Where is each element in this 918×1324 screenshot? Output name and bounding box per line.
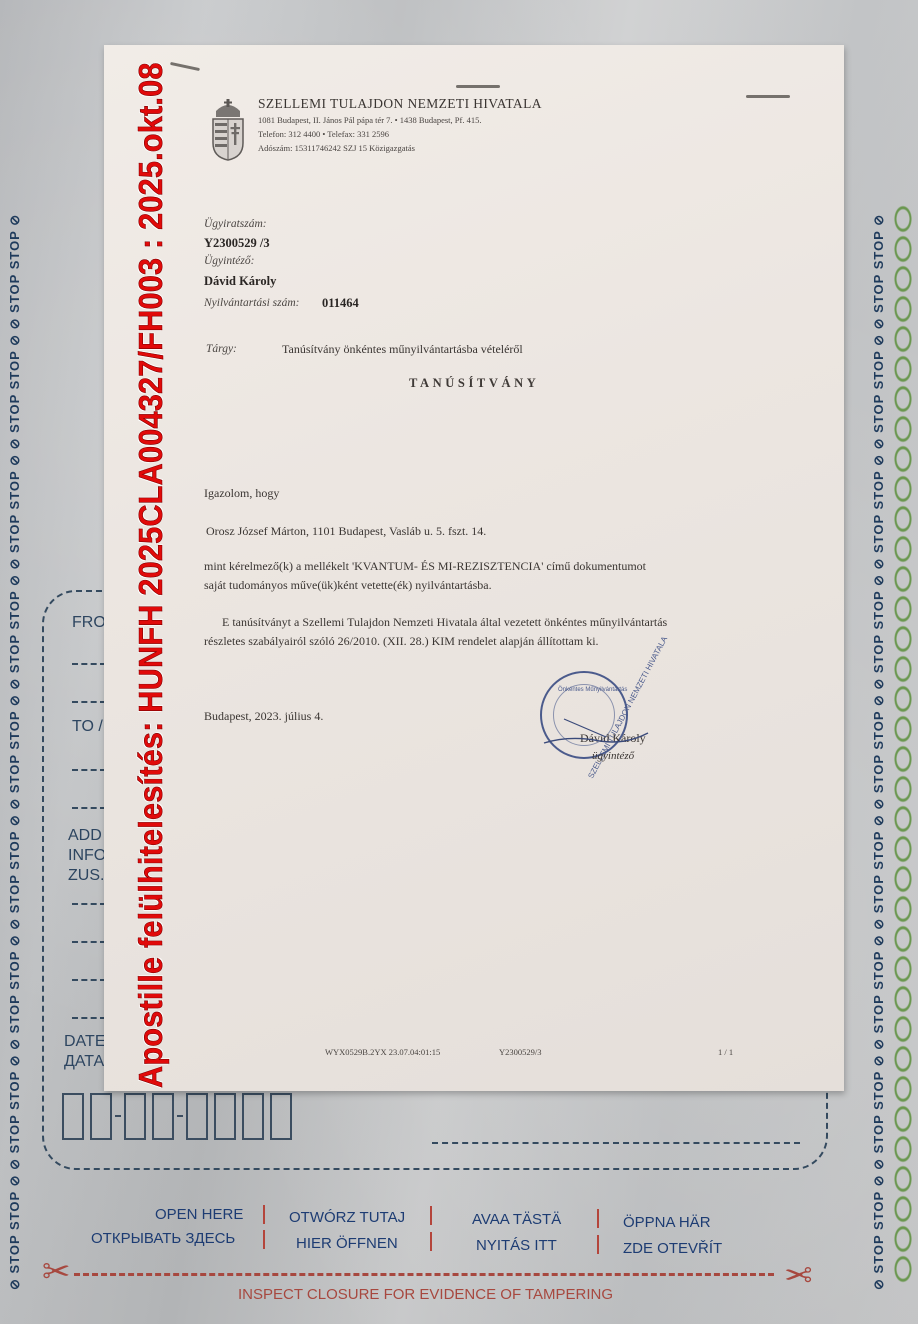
address-line: [72, 663, 106, 665]
applicant-line: Orosz József Márton, 1101 Budapest, Vasl…: [206, 524, 486, 539]
open-here-de: HIER ÖFFNEN: [296, 1235, 398, 1252]
document-title: TANÚSÍTVÁNY: [409, 376, 539, 391]
footer-reference: Y2300529/3: [499, 1047, 542, 1057]
address-line: [72, 807, 106, 809]
open-here-hu: NYITÁS ITT: [476, 1237, 557, 1254]
staple-mark: [746, 95, 790, 98]
place-date: Budapest, 2023. július 4.: [204, 709, 323, 724]
from-label: FRO: [72, 613, 106, 632]
certificate-document: SZELLEMI TULAJDON NEMZETI HIVATALA 1081 …: [104, 45, 844, 1091]
divider: [597, 1209, 599, 1228]
date-digit-box: [90, 1093, 112, 1140]
open-here-ru: ОТКРЫВАТЬ ЗДЕСЬ: [91, 1230, 235, 1247]
registry-number-label: Nyilvántartási szám:: [204, 297, 300, 309]
address-line: [72, 769, 106, 771]
date-label-2: ДАТА: [64, 1052, 104, 1071]
divider: [263, 1230, 265, 1249]
tamper-notice: INSPECT CLOSURE FOR EVIDENCE OF TAMPERIN…: [238, 1286, 613, 1303]
date-digit-box: [124, 1093, 146, 1140]
date-digit-box: [242, 1093, 264, 1140]
footer-code: WYX0529B.2YX 23.07.04:01:15: [325, 1047, 440, 1057]
divider: [597, 1235, 599, 1254]
open-here-fi: AVAA TÄSTÄ: [472, 1211, 561, 1228]
tear-strip-line[interactable]: [74, 1273, 774, 1276]
date-digit-box: [214, 1093, 236, 1140]
open-here-sv: ÖPPNA HÄR: [623, 1214, 711, 1231]
address-line: [72, 941, 106, 943]
open-here-en: OPEN HERE: [155, 1206, 243, 1223]
divider: [263, 1205, 265, 1224]
address-line: [72, 903, 106, 905]
officer-name: Dávid Károly: [204, 274, 276, 289]
date-separator: [115, 1115, 121, 1117]
leaf-pattern-icon: [892, 205, 914, 1285]
officer-label: Ügyintéző:: [204, 255, 254, 267]
subject-label: Tárgy:: [206, 343, 237, 355]
subject-text: Tanúsítvány önkéntes műnyilvántartásba v…: [282, 342, 523, 357]
legal-para-line-1: E tanúsítványt a Szellemi Tulajdon Nemze…: [222, 615, 667, 630]
coat-of-arms-icon: [210, 97, 246, 161]
date-digit-box: [270, 1093, 292, 1140]
case-number-label: Ügyiratszám:: [204, 218, 267, 230]
address-line: [72, 979, 106, 981]
add-info-label-1: ADD: [68, 826, 102, 845]
office-tax-id: Adószám: 15311746242 SZJ 15 Közigazgatás: [258, 143, 415, 153]
date-digit-box: [152, 1093, 174, 1140]
address-line: [72, 1017, 106, 1019]
seal-inner-text: Önkéntes Műnyilvántartás: [558, 687, 627, 693]
stop-strip-right: ⊘ STOP STOP ⊘ ⊘ STOP STOP ⊘ ⊘ STOP STOP …: [866, 190, 892, 1290]
staple-mark: [456, 85, 500, 88]
open-here-cs: ZDE OTEVŘÍT: [623, 1240, 722, 1257]
certify-intro: Igazolom, hogy: [204, 486, 279, 501]
add-info-label-2: INFO: [68, 846, 106, 865]
office-name: SZELLEMI TULAJDON NEMZETI HIVATALA: [258, 96, 542, 112]
address-line: [72, 701, 106, 703]
office-address: 1081 Budapest, II. János Pál pápa tér 7.…: [258, 115, 481, 125]
body-line-1: mint kérelmező(k) a mellékelt 'KVANTUM- …: [204, 559, 646, 574]
date-digit-box: [186, 1093, 208, 1140]
scissors-icon: ✂: [42, 1256, 71, 1290]
apostille-overlay: Apostille felülhitelesítés: HUNFH 2025CL…: [128, 121, 174, 1088]
page-number: 1 / 1: [718, 1047, 733, 1057]
divider: [430, 1232, 432, 1251]
legal-para-line-2: részletes szabályairól szóló 26/2010. (X…: [204, 634, 599, 649]
date-digit-box: [62, 1093, 84, 1140]
staple-mark: [170, 62, 200, 71]
signature-icon: [540, 705, 650, 755]
body-line-2: saját tudományos műve(ük)ként vetette(ék…: [204, 578, 492, 593]
stop-strip-text: ⊘ STOP STOP ⊘ ⊘ STOP STOP ⊘ ⊘ STOP STOP …: [2, 190, 28, 1290]
stop-strip-left: ⊘ STOP STOP ⊘ ⊘ STOP STOP ⊘ ⊘ STOP STOP …: [2, 190, 28, 1290]
office-phone: Telefon: 312 4400 • Telefax: 331 2596: [258, 129, 389, 139]
case-number: Y2300529 /3: [204, 236, 270, 251]
add-info-label-3: ZUS.: [68, 866, 104, 885]
stop-strip-text: ⊘ STOP STOP ⊘ ⊘ STOP STOP ⊘ ⊘ STOP STOP …: [866, 190, 892, 1290]
open-here-pl: OTWÓRZ TUTAJ: [289, 1209, 405, 1226]
divider: [430, 1206, 432, 1225]
signature-line: [432, 1142, 800, 1144]
to-label: TO /: [72, 717, 103, 736]
date-separator: [177, 1115, 183, 1117]
registry-number: 011464: [322, 296, 359, 311]
date-label-1: DATE: [64, 1032, 105, 1051]
scissors-icon: ✂: [784, 1260, 813, 1294]
